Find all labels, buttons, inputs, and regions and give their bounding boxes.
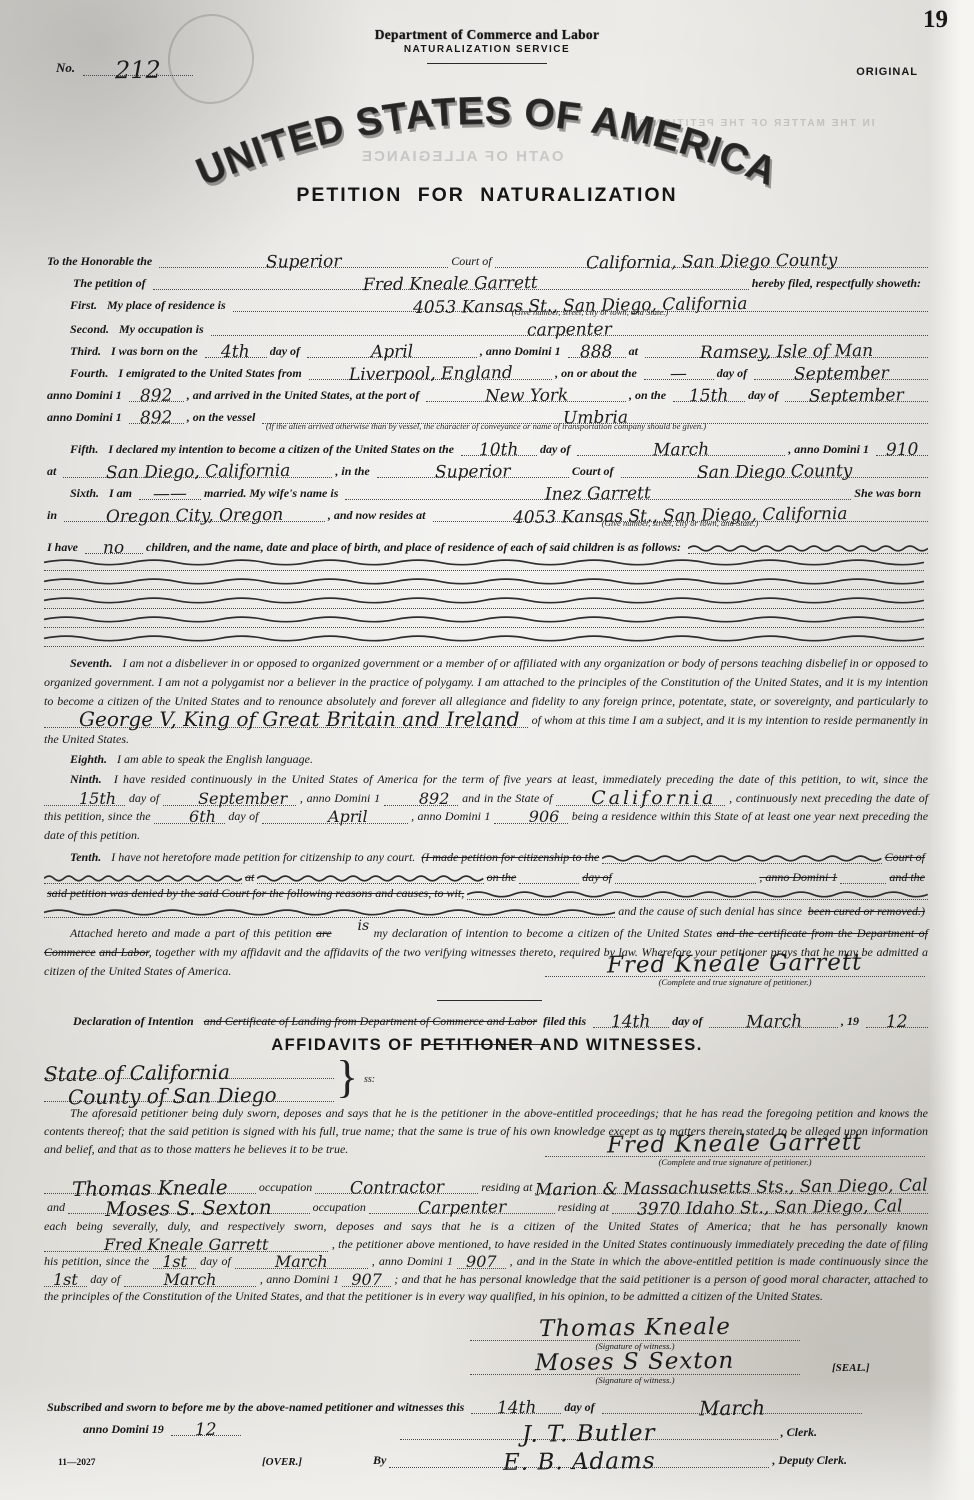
arrival-month-blank: September	[785, 386, 928, 402]
fifth-t2: day of	[537, 442, 577, 456]
sixth-label: Sixth.	[70, 486, 106, 500]
second-text: My occupation is	[116, 322, 211, 336]
eighth-label: Eighth.	[70, 752, 114, 766]
tenth4-blank	[44, 904, 615, 918]
sixth-t2: married. My wife's name is	[201, 486, 345, 500]
affidavits-title: AFFIDAVITS OF PETITIONER AND WITNESSES.	[0, 1036, 974, 1055]
tenth-denial-text: and the cause of such denial has since	[615, 904, 805, 918]
line-tenth: Tenth. I have not heretofore made petiti…	[44, 850, 928, 864]
svg-text:UNITED STATES OF AMERICA: UNITED STATES OF AMERICA	[190, 90, 783, 195]
tenth2-blank-5	[840, 868, 886, 884]
doc-title: PETITION FOR NATURALIZATION	[0, 184, 974, 207]
tenth-struck-4: on the	[484, 870, 520, 884]
blank-row-strike	[44, 594, 924, 609]
children-t1: I have	[44, 540, 85, 554]
hw-intent-place: San Diego, California	[106, 465, 291, 480]
strike-wave	[44, 594, 924, 605]
state-day-blank: 6th	[154, 809, 225, 824]
hw-arrival-month: September	[809, 389, 904, 403]
known-day2-blank: 1st	[44, 1272, 87, 1287]
fifth2-t2: , in the	[332, 464, 376, 478]
para-ninth: Ninth. I have resided continuously in th…	[44, 770, 928, 844]
line-witness-2: and Moses S. Sexton occupation Carpenter…	[44, 1198, 928, 1214]
hw-witness2-occupation: Carpenter	[418, 1201, 506, 1215]
anno-label: anno Domini 19	[80, 1422, 171, 1436]
signature-line: Fred Kneale Garrett	[545, 1138, 925, 1157]
blank-row-strike	[44, 575, 924, 590]
hw-sworn-day: 14th	[497, 1402, 537, 1415]
hw-emig-year: 892	[140, 390, 173, 403]
wpara-t6: day of	[90, 1272, 120, 1286]
deputy-signature-blank: E. B. Adams	[389, 1452, 769, 1468]
line-fifth2: at San Diego, California , in the Superi…	[44, 462, 928, 478]
hw-filed-year: 12	[886, 1016, 908, 1029]
emig-month-blank: September	[754, 364, 928, 380]
ninth-t3: , anno Domini 1	[300, 791, 380, 805]
third-t4: at	[626, 344, 645, 358]
residence-note: (Give number, street, city or town, and …	[520, 518, 840, 528]
birth-month-blank: April	[307, 342, 477, 358]
first-label: First.	[70, 298, 104, 312]
para-witness-affidavit: each being severally, duly, and respecti…	[44, 1218, 928, 1306]
line-fourth2: anno Domini 1 892 , and arrived in the U…	[44, 386, 928, 402]
hw-wife-birthplace: Oregon City, Oregon	[106, 509, 283, 524]
hw-deputy-signature: E. B. Adams	[503, 1455, 656, 1470]
filed-month-blank: March	[709, 1012, 838, 1028]
court-of-label: Court of	[448, 254, 494, 268]
first-note: (Give number, street, city or town, and …	[420, 307, 760, 317]
signature-caption-2: (Complete and true signature of petition…	[658, 1157, 811, 1167]
strike-wave	[44, 872, 242, 883]
attached-struck-2: and Labor	[99, 945, 149, 959]
and-label: and	[44, 1200, 68, 1214]
tenth-struck-3: at	[242, 870, 257, 884]
hw-witness1-name: Thomas Kneale	[72, 1181, 228, 1196]
known-year2-blank: 907	[342, 1272, 391, 1287]
hw-venue-state: State of California	[44, 1066, 230, 1081]
tenth-struck-8: said petition was denied by the said Cou…	[44, 886, 467, 900]
witness2-name-blank: Moses S. Sexton	[68, 1198, 310, 1214]
clerk-signature-blank: J. T. Butler	[400, 1424, 778, 1440]
hw-intent-day: 10th	[479, 444, 519, 457]
fourth-t3: day of	[714, 366, 754, 380]
wpara-t7: , anno Domini 1	[260, 1272, 339, 1286]
intent-year-blank: 910	[876, 440, 928, 456]
children-blank-strike	[688, 540, 928, 554]
witness1-address-blank: Marion & Massachusetts Sts., San Diego, …	[535, 1178, 928, 1194]
strike-wave	[44, 575, 924, 586]
witness2-address-blank: 3970 Idaho St., San Diego, Cal	[612, 1198, 928, 1214]
sworn-day-of: day of	[561, 1400, 601, 1414]
second-label: Second.	[70, 322, 116, 336]
petitioner-signature-block-1: Fred Kneale Garrett (Complete and true s…	[545, 958, 925, 987]
fifth-t3: , anno Domini 1	[785, 442, 876, 456]
hw-emig-month: September	[794, 367, 889, 381]
tenth-struck-6: , anno Domini 1	[756, 870, 840, 884]
witness2-signature-caption: (Signature of witness.)	[595, 1375, 674, 1385]
form-number: 11—2027	[58, 1458, 95, 1468]
para-seventh: Seventh. I am not a disbeliever in or op…	[44, 654, 928, 749]
hw-anno-year: 12	[195, 1424, 217, 1437]
hw-port: New York	[484, 389, 567, 403]
vessel-note: (If the alien arrived otherwise than by …	[44, 421, 928, 431]
hw-court: Superior	[266, 256, 342, 270]
intent-place-blank: San Diego, California	[63, 462, 332, 478]
hw-petitioner-name: Fred Kneale Garrett	[363, 277, 538, 292]
intent-day-blank: 10th	[461, 440, 537, 456]
hw-witness2-address: 3970 Idaho St., San Diego, Cal	[637, 1200, 903, 1216]
third-t2: day of	[267, 344, 307, 358]
line-third: Third. I was born on the 4th day of Apri…	[44, 342, 928, 358]
wpara-t3: day of	[200, 1254, 231, 1268]
line-tenth2: at on the day of , anno Domini 1 and the	[44, 868, 928, 884]
first-text: My place of residence is	[104, 298, 233, 312]
witness1-signature-block: Thomas Kneale (Signature of witness.)	[470, 1322, 800, 1351]
birth-place-blank: Ramsey, Isle of Man	[645, 342, 928, 358]
occupation-blank: carpenter	[211, 320, 928, 336]
known-month-blank: March	[235, 1254, 368, 1269]
deputy-label: , Deputy Clerk.	[769, 1453, 850, 1468]
witness1-name-blank: Thomas Kneale	[44, 1178, 256, 1194]
hw-married-dash: ——	[153, 488, 187, 501]
fourth-label: Fourth.	[70, 366, 115, 380]
decl-t3: day of	[669, 1014, 709, 1028]
hw-filed-day: 14th	[611, 1016, 651, 1029]
fifth2-t3: Court of	[569, 464, 621, 478]
hw-intent-year: 910	[886, 444, 919, 457]
line-children: I have no children, and the name, date a…	[44, 538, 928, 554]
line-declaration-filed: Declaration of Intention and Certificate…	[44, 1012, 928, 1028]
seal-label: [SEAL.]	[832, 1362, 870, 1374]
hw-petitioner-signature-1: Fred Kneale Garrett	[607, 956, 863, 972]
strike-wave	[44, 613, 924, 624]
tenth-struck-10: been cured or removed.)	[805, 904, 928, 918]
strike-wave	[602, 852, 881, 863]
hw-filed-month: March	[746, 1016, 802, 1030]
ninth-t2: day of	[129, 791, 159, 805]
petitioner-signature-block-2: Fred Kneale Garrett (Complete and true s…	[545, 1138, 925, 1167]
petition-of-label: The petition of	[70, 276, 153, 290]
line-petition-of: The petition of Fred Kneale Garrett here…	[44, 274, 928, 290]
hw-sworn-month: March	[699, 1402, 765, 1416]
decl-t4: , 19	[838, 1014, 866, 1028]
line-anno-domini: anno Domini 19 12	[80, 1420, 280, 1436]
arch-title: UNITED STATES OF AMERICA	[190, 90, 783, 195]
known-month2-blank: March	[124, 1272, 257, 1287]
tenth-blank-1	[602, 850, 881, 864]
sixth-t3: She was born	[851, 486, 928, 500]
line-subscribed: Subscribed and sworn to before me by the…	[44, 1398, 928, 1414]
known-day-blank: 1st	[153, 1254, 196, 1269]
strike-wave	[44, 556, 924, 567]
fourth2-t3: , on the	[626, 388, 673, 402]
signature-caption-1: (Complete and true signature of petition…	[658, 977, 811, 987]
married-blank: ——	[139, 484, 201, 500]
wpara-t5: , and in the State in which the above-en…	[510, 1254, 928, 1268]
strike-wave	[688, 542, 928, 553]
petition-for-naturalization-document: 19 Department of Commerce and Labor NATU…	[0, 0, 974, 1500]
wife-name-blank: Inez Garrett	[345, 484, 851, 500]
fourth-t2: , on or about the	[552, 366, 644, 380]
hw-intent-month: March	[653, 444, 709, 458]
sixth2-t2: , and now resides at	[325, 508, 433, 522]
anno-year-blank: 12	[171, 1420, 241, 1436]
emig-day-blank: —	[644, 364, 714, 380]
resided-month-blank: September	[163, 791, 296, 806]
sworn-day-blank: 14th	[471, 1398, 561, 1414]
hw-occupation: carpenter	[527, 323, 612, 337]
signature-line: Fred Kneale Garrett	[545, 958, 925, 977]
strike-wave	[257, 872, 483, 883]
known-name-blank: Fred Kneale Garrett	[44, 1237, 328, 1252]
fifth-label: Fifth.	[70, 442, 105, 456]
deputy-signature-row: By E. B. Adams , Deputy Clerk.	[370, 1452, 850, 1468]
blank-row-strike	[44, 632, 924, 647]
ninth-t1: I have resided continuously in the Unite…	[114, 772, 928, 786]
arrival-day-blank: 15th	[673, 386, 745, 402]
line-tenth3: said petition was denied by the said Cou…	[44, 886, 928, 900]
clerk-signature-row: J. T. Butler , Clerk.	[400, 1424, 820, 1440]
hw-witness1-signature: Thomas Kneale	[539, 1321, 731, 1336]
state-year-blank: 906	[494, 809, 569, 824]
wife-birthplace-blank: Oregon City, Oregon	[64, 506, 325, 522]
venue-ss: ss:	[364, 1074, 375, 1085]
blank-row-strike	[44, 556, 924, 571]
hw-birth-year: 888	[580, 346, 613, 359]
fifth2-t1: at	[44, 464, 63, 478]
ninth-t7: , anno Domini 1	[411, 809, 490, 823]
attached-are-struck: are	[316, 926, 332, 940]
court-blank: Superior	[159, 252, 448, 268]
sovereign-blank: George V, King of Great Britain and Irel…	[44, 713, 528, 728]
decl-struck: and Certificate of Landing from Departme…	[201, 1014, 540, 1028]
tenth3-blank	[467, 886, 928, 900]
filed-year-blank: 12	[866, 1012, 928, 1028]
wpara-t1: each being severally, duly, and respecti…	[44, 1219, 928, 1233]
line-second: Second. My occupation is carpenter	[44, 320, 928, 336]
wpara-t4: , anno Domini 1	[372, 1254, 453, 1268]
hw-witness1-address: Marion & Massachusetts Sts., San Diego, …	[535, 1180, 928, 1198]
hw-court-place: California, San Diego County	[586, 254, 837, 270]
seventh-label: Seventh.	[70, 656, 119, 670]
tenth2-blank-3	[519, 868, 579, 884]
state-month-blank: April	[262, 809, 408, 824]
hw-emigrated-from: Liverpool, England	[348, 367, 512, 382]
blank-row-strike	[44, 613, 924, 628]
venue-block: State of California County of San Diego	[44, 1056, 334, 1102]
filed-day-blank: 14th	[593, 1012, 669, 1028]
witness2-signature-block: Moses S Sexton (Signature of witness.)	[470, 1356, 800, 1385]
fourth2-t4: day of	[745, 388, 785, 402]
petitioner-blank: Fred Kneale Garrett	[153, 274, 749, 290]
line-eighth: Eighth. I am able to speak the English l…	[44, 752, 928, 766]
children-count-blank: no	[85, 538, 143, 554]
tenth-t1: I have not heretofore made petition for …	[108, 850, 418, 864]
birth-year-blank: 888	[568, 342, 626, 358]
hw-witness1-occupation: Contractor	[350, 1181, 444, 1195]
attached-t1: Attached hereto and made a part of this …	[70, 926, 312, 940]
line-sixth: Sixth. I am —— married. My wife's name i…	[44, 484, 928, 500]
intent-court-place-blank: San Diego County	[621, 462, 928, 478]
tenth2-blank-1	[44, 870, 242, 884]
fourth-t1: I emigrated to the United States from	[115, 366, 308, 380]
attached-t2: my declaration of intention to become a …	[374, 926, 713, 940]
ninth-label: Ninth.	[70, 772, 109, 786]
scan-edge-highlight	[928, 0, 974, 1500]
tenth-struck-1: (I made petition for citizenship to the	[418, 850, 602, 864]
showeth-label: hereby filed, respectfully showeth:	[749, 276, 928, 290]
resided-day-blank: 15th	[44, 791, 125, 806]
hw-wife-name: Inez Garrett	[545, 487, 651, 501]
state-blank: California	[556, 791, 725, 806]
resided-year-blank: 892	[384, 791, 459, 806]
ninth-t6: day of	[228, 809, 258, 823]
venue-state-line: State of California	[44, 1056, 334, 1079]
line-to-honorable: To the Honorable the Superior Court of C…	[44, 252, 928, 268]
clerk-label: , Clerk.	[778, 1425, 820, 1440]
strike-wave	[44, 632, 924, 643]
decl-t2: filed this	[540, 1014, 593, 1028]
strike-wave	[44, 906, 615, 917]
occupation-label-1: occupation	[256, 1180, 315, 1194]
residing-label-1: residing at	[478, 1180, 535, 1194]
witness1-occupation-blank: Contractor	[315, 1178, 478, 1194]
hw-emig-day: —	[670, 368, 687, 381]
hw-venue-county: County of San Diego	[68, 1089, 277, 1105]
hw-arrival-day: 15th	[689, 390, 729, 403]
line-fifth: Fifth. I declared my intention to become…	[44, 440, 928, 456]
venue-brace: }	[336, 1050, 358, 1103]
hw-intent-court: Superior	[435, 466, 511, 480]
sixth2-t1: in	[44, 508, 64, 522]
tenth2-blank-2	[257, 870, 483, 884]
hw-birth-day: 4th	[221, 346, 250, 359]
tenth2-blank-4	[615, 868, 756, 884]
line-tenth4: and the cause of such denial has since b…	[44, 904, 928, 918]
hw-witness2-signature: Moses S Sexton	[535, 1355, 734, 1370]
sworn-month-blank: March	[602, 1398, 862, 1414]
children-t2: children, and the name, date and place o…	[143, 540, 688, 554]
court-place-blank: California, San Diego County	[495, 252, 928, 268]
third-t3: , anno Domini 1	[477, 344, 568, 358]
occupation-label-2: occupation	[310, 1200, 369, 1214]
known-year-blank: 907	[457, 1254, 506, 1269]
intent-month-blank: March	[577, 440, 785, 456]
tenth-struck-5: day of	[579, 870, 615, 884]
to-label: To the Honorable the	[44, 254, 159, 268]
witness2-occupation-blank: Carpenter	[369, 1198, 555, 1214]
tenth-struck-7: and the	[886, 870, 928, 884]
hw-petitioner-signature-2: Fred Kneale Garrett	[607, 1136, 863, 1152]
signature-line: Moses S Sexton	[470, 1356, 800, 1375]
decl-t1: Declaration of Intention	[70, 1014, 201, 1028]
eighth-text: I am able to speak the English language.	[114, 752, 316, 766]
hw-children-count: no	[103, 542, 124, 555]
line-witness-1: Thomas Kneale occupation Contractor resi…	[44, 1178, 928, 1194]
fourth2-t1: anno Domini 1	[44, 388, 129, 402]
line-fourth: Fourth. I emigrated to the United States…	[44, 364, 928, 380]
by-label: By	[370, 1453, 389, 1468]
third-t1: I was born on the	[108, 344, 205, 358]
seventh-t1: I am not a disbeliever in or opposed to …	[44, 656, 928, 708]
fifth-t1: I declared my intention to become a citi…	[105, 442, 461, 456]
emigrated-from-blank: Liverpool, England	[309, 364, 552, 380]
signature-line: Thomas Kneale	[470, 1322, 800, 1341]
hw-witness2-name: Moses S. Sexton	[105, 1201, 272, 1216]
subscribed-text: Subscribed and sworn to before me by the…	[44, 1400, 471, 1414]
emig-year-blank: 892	[129, 386, 184, 402]
over-label: [OVER.]	[262, 1456, 302, 1468]
hw-birth-month: April	[371, 346, 413, 360]
port-blank: New York	[426, 386, 626, 402]
strike-wave	[467, 888, 928, 899]
fourth2-t2: , and arrived in the United States, at t…	[184, 388, 427, 402]
hw-birth-place: Ramsey, Isle of Man	[700, 345, 873, 360]
third-label: Third.	[70, 344, 108, 358]
sixth-t1: I am	[106, 486, 139, 500]
intent-court-blank: Superior	[377, 462, 569, 478]
separator-rule-top	[437, 1000, 542, 1001]
ninth-t4: and in the State of	[462, 791, 552, 805]
hw-intent-court-place: San Diego County	[697, 465, 853, 480]
residing-label-2: residing at	[555, 1200, 612, 1214]
hw-clerk-signature: J. T. Butler	[522, 1427, 656, 1442]
tenth-struck-2: Court of	[882, 850, 928, 864]
birth-day-blank: 4th	[205, 342, 267, 358]
tenth-label: Tenth.	[70, 850, 108, 864]
